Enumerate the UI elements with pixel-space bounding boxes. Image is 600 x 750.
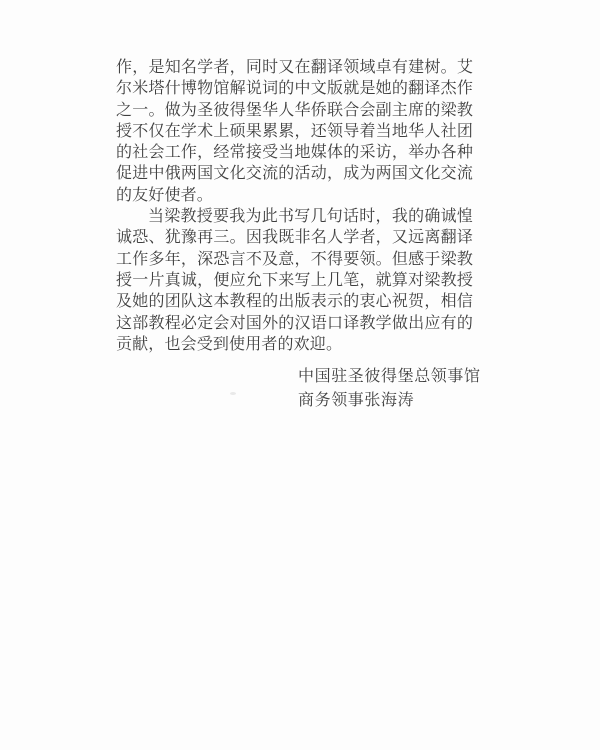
- signature-organization: 中国驻圣彼得堡总领事馆: [298, 365, 481, 389]
- body-text-block: 作，是知名学者，同时又在翻译领域卓有建树。艾尔米塔什博物馆解说词的中文版就是她的…: [116, 57, 473, 355]
- scan-speck-artifact: [230, 392, 236, 395]
- signature-name: 商务领事张海涛: [298, 389, 481, 413]
- paragraph-second: 当梁教授要我为此书写几句话时，我的确诚惶诚恐、犹豫再三。因我既非名人学者，又远离…: [116, 206, 473, 355]
- scanned-book-page: 作，是知名学者，同时又在翻译领域卓有建树。艾尔米塔什博物馆解说词的中文版就是她的…: [0, 0, 600, 750]
- paragraph-continuation: 作，是知名学者，同时又在翻译领域卓有建树。艾尔米塔什博物馆解说词的中文版就是她的…: [116, 57, 473, 206]
- signature-block: 中国驻圣彼得堡总领事馆 商务领事张海涛: [298, 365, 481, 412]
